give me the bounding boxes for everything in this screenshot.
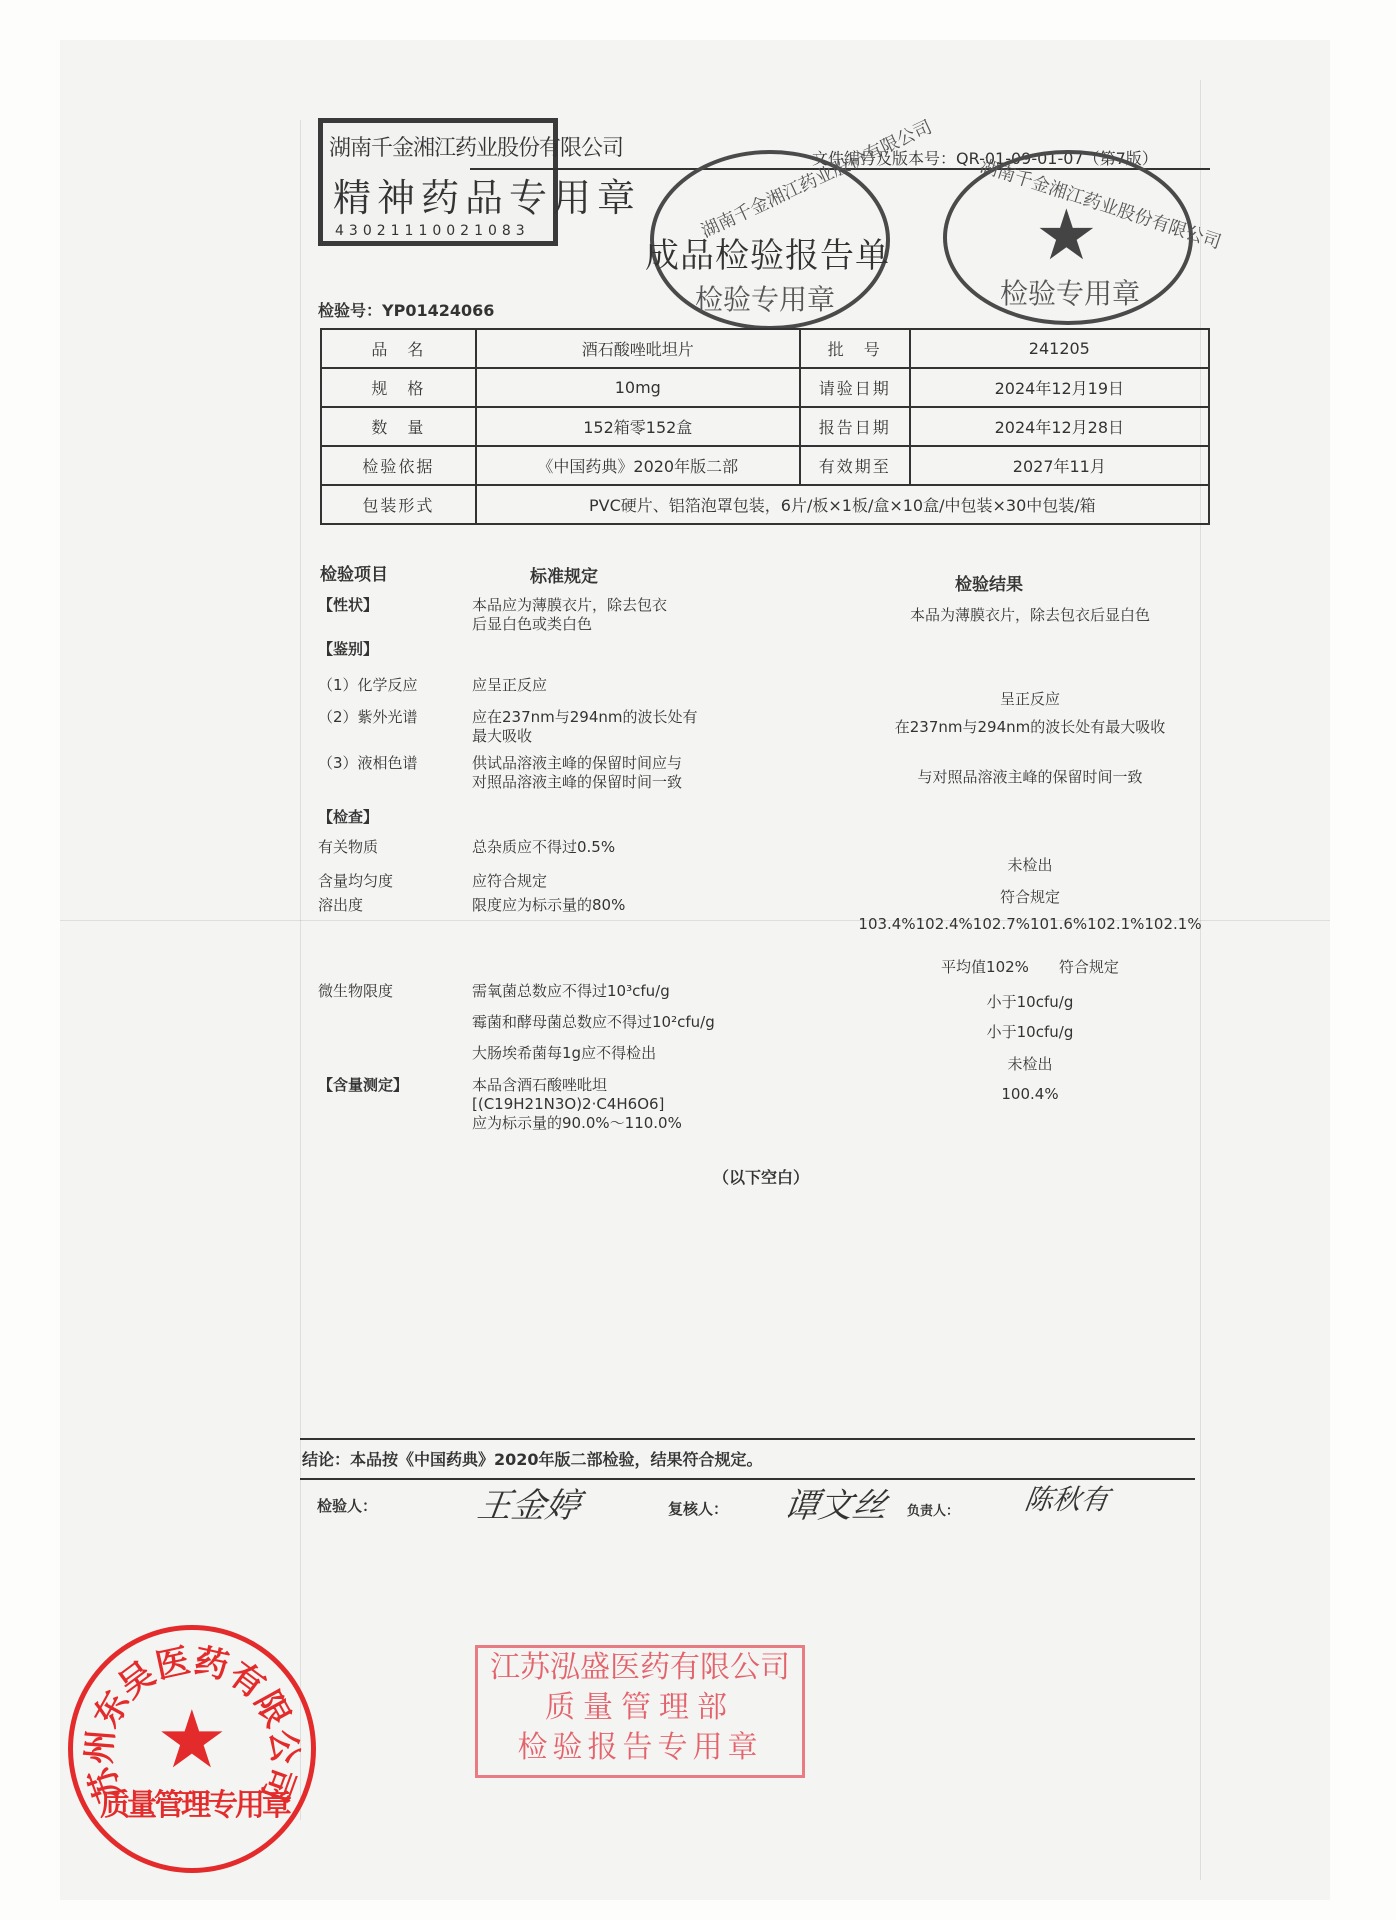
- result-value: 100.4%: [840, 1085, 1220, 1104]
- result-value: 103.4%102.4%102.7%101.6%102.1%102.1%: [840, 915, 1220, 934]
- stamp-company: 湖南千金湘江药业股份有限公司: [329, 131, 623, 162]
- result-item-label: （2）紫外光谱: [318, 708, 418, 727]
- conclusion: 结论：本品按《中国药典》2020年版二部检验，结果符合规定。: [302, 1447, 763, 1470]
- result-standard: 最大吸收: [472, 727, 532, 746]
- value-packaging: PVC硬片、铝箔泡罩包装，6片/板×1板/盒×10盒/中包装×30中包装/箱: [476, 485, 1209, 524]
- result-standard: 大肠埃希菌每1g应不得检出: [472, 1044, 656, 1063]
- value-product-name: 酒石酸唑吡坦片: [476, 329, 800, 368]
- table-row: 数 量 152箱零152盒 报告日期 2024年12月28日: [321, 407, 1209, 446]
- value-expiry: 2027年11月: [910, 446, 1209, 485]
- result-item-label: 【鉴别】: [318, 640, 378, 659]
- value-basis: 《中国药典》2020年版二部: [476, 446, 800, 485]
- result-item-label: 微生物限度: [318, 982, 393, 1001]
- result-item-label: 【含量测定】: [318, 1076, 408, 1095]
- star-icon: ★: [156, 1700, 228, 1780]
- table-row: 规 格 10mg 请验日期 2024年12月19日: [321, 368, 1209, 407]
- result-standard: 应呈正反应: [472, 676, 547, 695]
- result-value: 与对照品溶液主峰的保留时间一致: [840, 768, 1220, 787]
- result-standard: 应符合规定: [472, 872, 547, 891]
- red-rect-line-2: 质量管理部: [478, 1688, 802, 1728]
- red-stamp-bottom-text: 质量管理专用章: [100, 1780, 289, 1824]
- label-packaging: 包装形式: [321, 485, 476, 524]
- result-value: 小于10cfu/g: [840, 1023, 1220, 1042]
- red-rect-line-3: 检验报告专用章: [478, 1728, 802, 1768]
- result-value: 未检出: [840, 856, 1220, 875]
- result-standard: 对照品溶液主峰的保留时间一致: [472, 773, 682, 792]
- inspector-label: 检验人：: [317, 1495, 377, 1516]
- right-stamp-center-text: 检验专用章: [1000, 272, 1140, 312]
- responsible-signature: 陈秋有: [1022, 1478, 1112, 1518]
- red-rect-line-1: 江苏泓盛医药有限公司: [478, 1648, 802, 1688]
- result-item-label: （1）化学反应: [318, 676, 418, 695]
- result-item-label: 【性状】: [318, 596, 378, 615]
- value-batch-no: 241205: [910, 329, 1209, 368]
- inspection-number-value: YP01424066: [382, 301, 494, 320]
- stamp-title: 精神药品专用章: [333, 167, 641, 222]
- value-report-date: 2024年12月28日: [910, 407, 1209, 446]
- col-header-item: 检验项目: [320, 560, 388, 585]
- result-item-label: 含量均匀度: [318, 872, 393, 891]
- value-quantity: 152箱零152盒: [476, 407, 800, 446]
- table-row: 包装形式 PVC硬片、铝箔泡罩包装，6片/板×1板/盒×10盒/中包装×30中包…: [321, 485, 1209, 524]
- responsible-label: 负责人：: [907, 1500, 959, 1519]
- result-standard: 需氧菌总数应不得过10³cfu/g: [472, 982, 670, 1001]
- reviewer-label: 复核人：: [668, 1498, 728, 1519]
- result-item-label: 溶出度: [318, 896, 363, 915]
- result-standard: 后显白色或类白色: [472, 615, 592, 634]
- result-standard: 应在237nm与294nm的波长处有: [472, 708, 698, 727]
- product-info-table: 品 名 酒石酸唑吡坦片 批 号 241205 规 格 10mg 请验日期 202…: [320, 328, 1210, 525]
- title-stamp-center-text: 检验专用章: [695, 278, 835, 318]
- result-standard: 总杂质应不得过0.5%: [472, 838, 615, 857]
- value-spec: 10mg: [476, 368, 800, 407]
- label-request-date: 请验日期: [800, 368, 910, 407]
- red-stamp-arc-char: 公: [261, 1727, 312, 1765]
- label-spec: 规 格: [321, 368, 476, 407]
- result-value: 呈正反应: [840, 690, 1220, 709]
- table-row: 品 名 酒石酸唑吡坦片 批 号 241205: [321, 329, 1209, 368]
- result-value: 小于10cfu/g: [840, 993, 1220, 1012]
- stamp-code: 43021110021083: [335, 223, 530, 239]
- inspection-report-stamp: 江苏泓盛医药有限公司 质量管理部 检验报告专用章: [475, 1645, 805, 1778]
- result-value: 本品为薄膜衣片，除去包衣后显白色: [840, 606, 1220, 625]
- result-item-label: 有关物质: [318, 838, 378, 857]
- label-report-date: 报告日期: [800, 407, 910, 446]
- result-value: 符合规定: [840, 888, 1220, 907]
- value-request-date: 2024年12月19日: [910, 368, 1209, 407]
- label-expiry: 有效期至: [800, 446, 910, 485]
- result-standard: [(C19H21N3O)2·C4H6O6]: [472, 1095, 664, 1114]
- red-stamp-arc-char: 州: [72, 1727, 123, 1765]
- result-item-label: 【检查】: [318, 808, 378, 827]
- star-icon: ★: [1035, 200, 1098, 270]
- blank-note: （以下空白）: [713, 1168, 809, 1187]
- scan-artifact: [300, 120, 301, 1820]
- result-value: 未检出: [840, 1055, 1220, 1074]
- result-standard: 本品应为薄膜衣片，除去包衣: [472, 596, 667, 615]
- label-quantity: 数 量: [321, 407, 476, 446]
- result-standard: 应为标示量的90.0%～110.0%: [472, 1114, 682, 1133]
- label-product-name: 品 名: [321, 329, 476, 368]
- col-header-standard: 标准规定: [530, 562, 598, 587]
- label-batch-no: 批 号: [800, 329, 910, 368]
- psychotropic-drug-stamp: 湖南千金湘江药业股份有限公司 精神药品专用章 43021110021083: [318, 118, 558, 246]
- result-value: 平均值102% 符合规定: [840, 958, 1220, 977]
- result-value: 在237nm与294nm的波长处有最大吸收: [840, 718, 1220, 737]
- inspector-signature: 王金婷: [475, 1478, 584, 1527]
- label-basis: 检验依据: [321, 446, 476, 485]
- result-standard: 限度应为标示量的80%: [472, 896, 625, 915]
- result-item-label: （3）液相色谱: [318, 754, 418, 773]
- result-standard: 霉菌和酵母菌总数应不得过10²cfu/g: [472, 1013, 715, 1032]
- reviewer-signature: 谭文丝: [782, 1478, 891, 1527]
- conclusion-rule-top: [300, 1438, 1195, 1440]
- table-row: 检验依据 《中国药典》2020年版二部 有效期至 2027年11月: [321, 446, 1209, 485]
- result-standard: 本品含酒石酸唑吡坦: [472, 1076, 607, 1095]
- result-standard: 供试品溶液主峰的保留时间应与: [472, 754, 682, 773]
- page-title: 成品检验报告单: [645, 228, 890, 277]
- col-header-result: 检验结果: [955, 570, 1023, 595]
- inspection-number-label: 检验号：: [318, 301, 382, 320]
- inspection-number: 检验号：YP01424066: [318, 298, 494, 321]
